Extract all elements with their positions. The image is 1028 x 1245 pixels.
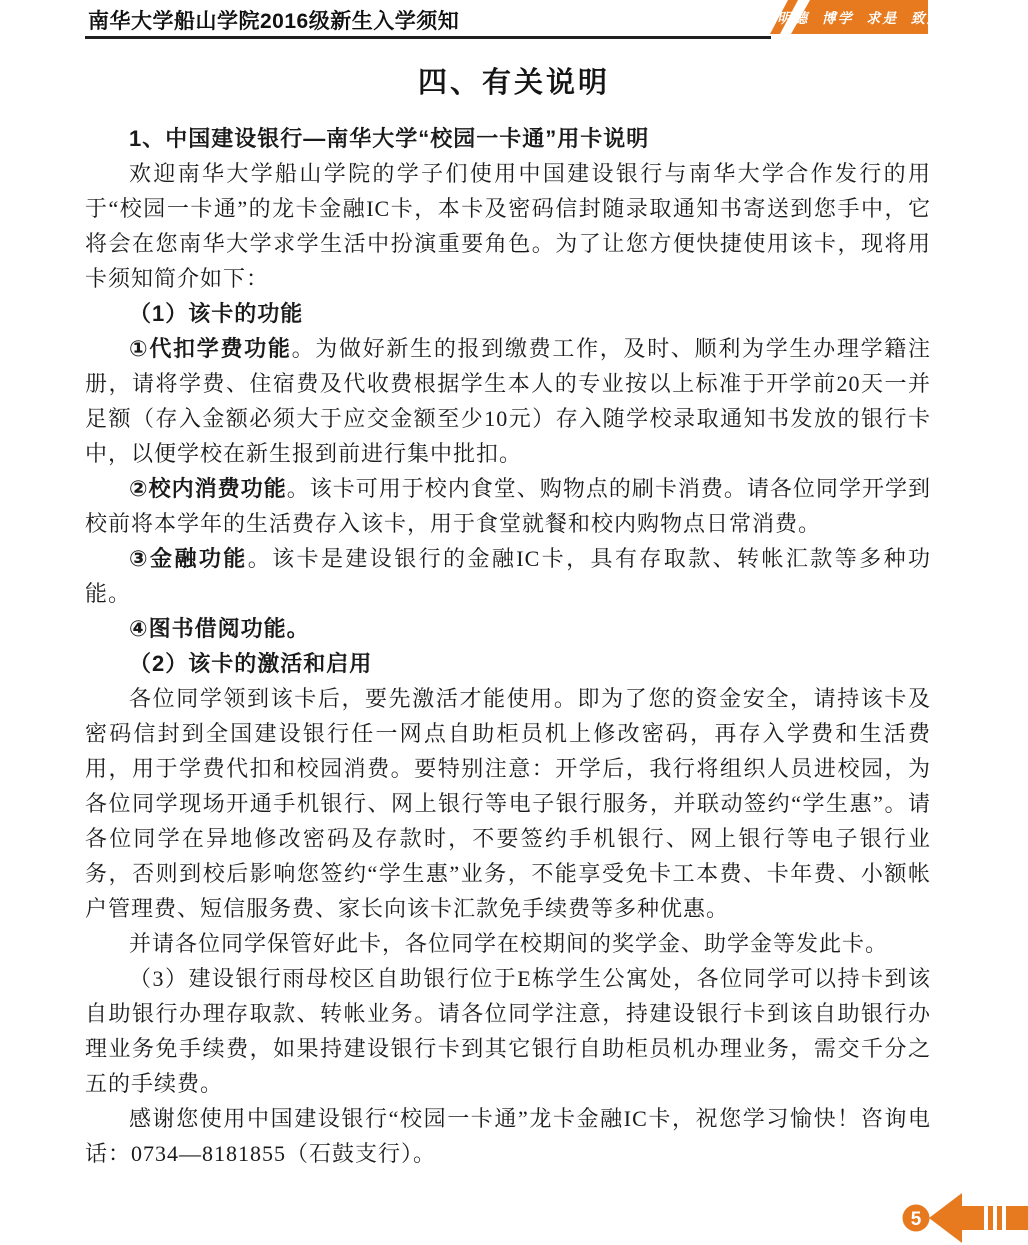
left-arrow-icon xyxy=(929,1193,962,1243)
page-number: 5 xyxy=(911,1209,922,1230)
paragraph-rest: 并请各位同学保管好此卡，各位同学在校期间的奖学金、助学金等发此卡。 xyxy=(129,931,888,956)
paragraph-rest: （3）建设银行雨母校区自助银行位于E栋学生公寓处，各位同学可以持卡到该自助银行办… xyxy=(85,966,931,1096)
arrow-stripe xyxy=(997,1206,1002,1230)
paragraph: ②校内消费功能。该卡可用于校内食堂、购物点的刷卡消费。请各位同学开学到校前将本学… xyxy=(85,471,931,541)
paragraph: 感谢您使用中国建设银行“校园一卡通”龙卡金融IC卡，祝您学习愉快！咨询电话：07… xyxy=(85,1101,931,1171)
arrow-end-block xyxy=(1006,1206,1028,1230)
header-title: 南华大学船山学院2016级新生入学须知 xyxy=(88,5,459,35)
paragraph: ③金融功能。该卡是建设银行的金融IC卡，具有存取款、转帐汇款等多种功能。 xyxy=(85,541,931,611)
paragraph: 并请各位同学保管好此卡，各位同学在校期间的奖学金、助学金等发此卡。 xyxy=(85,926,931,961)
header-motto: 明德 博学 求是 致远 xyxy=(777,10,943,27)
paragraph-lead: ④图书借阅功能。 xyxy=(129,616,310,641)
header-rule xyxy=(85,36,771,39)
paragraph-lead: ②校内消费功能 xyxy=(129,476,287,501)
body-text: 1、中国建设银行—南华大学“校园一卡通”用卡说明 欢迎南华大学船山学院的学子们使… xyxy=(85,121,931,1171)
paragraph: 1、中国建设银行—南华大学“校园一卡通”用卡说明 xyxy=(85,121,931,156)
document-page: 南华大学船山学院2016级新生入学须知 明德 博学 求是 致远 四、有关说明 1… xyxy=(0,0,1028,1245)
paragraph: 欢迎南华大学船山学院的学子们使用中国建设银行与南华大学合作发行的用于“校园一卡通… xyxy=(85,156,931,296)
section-title: 四、有关说明 xyxy=(0,60,1028,101)
paragraph-lead: 1、中国建设银行—南华大学“校园一卡通”用卡说明 xyxy=(129,126,649,151)
paragraph: （3）建设银行雨母校区自助银行位于E栋学生公寓处，各位同学可以持卡到该自助银行办… xyxy=(85,961,931,1101)
paragraph: （1）该卡的功能 xyxy=(85,296,931,331)
footer-page-marker: 5 xyxy=(850,1178,1028,1245)
arrow-stripe xyxy=(988,1206,993,1230)
paragraph: ④图书借阅功能。 xyxy=(85,611,931,646)
paragraph-lead: ①代扣学费功能 xyxy=(129,336,292,361)
paragraph: ①代扣学费功能。为做好新生的报到缴费工作，及时、顺利为学生办理学籍注册，请将学费… xyxy=(85,331,931,471)
paragraph-rest: 欢迎南华大学船山学院的学子们使用中国建设银行与南华大学合作发行的用于“校园一卡通… xyxy=(85,161,931,291)
paragraph-lead: （2）该卡的激活和启用 xyxy=(129,651,372,676)
paragraph-lead: ③金融功能 xyxy=(129,546,248,571)
paragraph: （2）该卡的激活和启用 xyxy=(85,646,931,681)
paragraph: 各位同学领到该卡后，要先激活才能使用。即为了您的资金安全，请持该卡及密码信封到全… xyxy=(85,681,931,926)
paragraph-rest: 各位同学领到该卡后，要先激活才能使用。即为了您的资金安全，请持该卡及密码信封到全… xyxy=(85,686,931,921)
arrow-shaft xyxy=(962,1206,984,1230)
paragraph-rest: 感谢您使用中国建设银行“校园一卡通”龙卡金融IC卡，祝您学习愉快！咨询电话：07… xyxy=(85,1106,931,1166)
paragraph-lead: （1）该卡的功能 xyxy=(129,301,303,326)
header-motto-banner: 明德 博学 求是 致远 xyxy=(760,0,1028,40)
